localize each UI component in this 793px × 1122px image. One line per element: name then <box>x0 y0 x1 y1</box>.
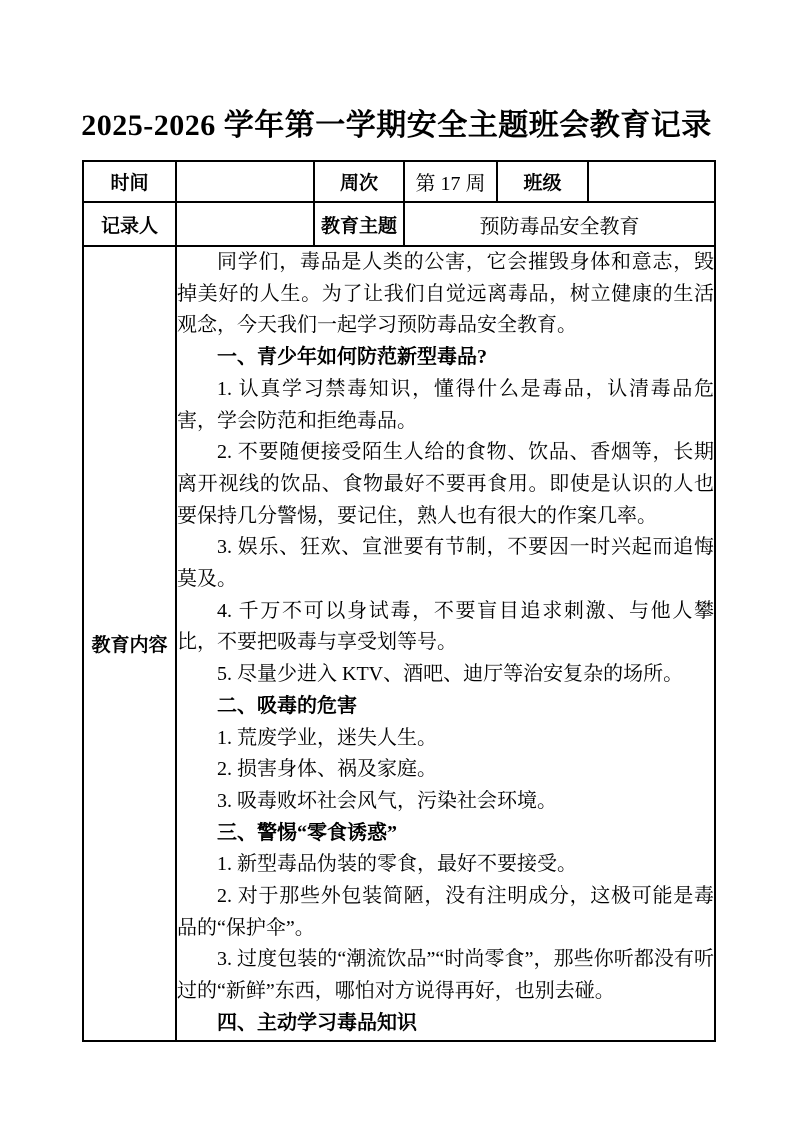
theme-value: 预防毒品安全教育 <box>404 202 715 246</box>
content-paragraph: 2. 损害身体、祸及家庭。 <box>177 754 714 786</box>
content-paragraph: 同学们，毒品是人类的公害，它会摧毁身体和意志，毁掉美好的人生。为了让我们自觉远离… <box>177 247 714 342</box>
content-cell: 同学们，毒品是人类的公害，它会摧毁身体和意志，毁掉美好的人生。为了让我们自觉远离… <box>176 246 715 1041</box>
table-row: 记录人 教育主题 预防毒品安全教育 <box>83 202 715 246</box>
content-paragraph: 2. 对于那些外包装简陋，没有注明成分，这极可能是毒品的“保护伞”。 <box>177 881 714 944</box>
document-title: 2025-2026 学年第一学期安全主题班会教育记录 <box>0 100 793 144</box>
recorder-value-field[interactable] <box>176 202 314 246</box>
content-paragraph: 4. 千万不可以身试毒，不要盲目追求刺激、与他人攀比，不要把吸毒与享受划等号。 <box>177 596 714 659</box>
time-label: 时间 <box>83 161 176 202</box>
content-paragraph: 5. 尽量少进入 KTV、酒吧、迪厅等治安复杂的场所。 <box>177 659 714 691</box>
class-value-field[interactable] <box>588 161 715 202</box>
table-row: 教育内容 同学们，毒品是人类的公害，它会摧毁身体和意志，毁掉美好的人生。为了让我… <box>83 246 715 1041</box>
content-label: 教育内容 <box>83 246 176 1041</box>
theme-label: 教育主题 <box>314 202 404 246</box>
content-paragraph: 3. 过度包装的“潮流饮品”“时尚零食”，那些你听都没有听过的“新鲜”东西，哪怕… <box>177 944 714 1007</box>
content-section-heading: 四、主动学习毒品知识 <box>177 1008 714 1040</box>
content-paragraph: 1. 新型毒品伪装的零食，最好不要接受。 <box>177 849 714 881</box>
content-paragraph: 3. 娱乐、狂欢、宣泄要有节制，不要因一时兴起而追悔莫及。 <box>177 532 714 595</box>
content-paragraph: 1. 荒废学业，迷失人生。 <box>177 723 714 755</box>
document-page: 2025-2026 学年第一学期安全主题班会教育记录 时间 周次 第 17 周 … <box>0 0 793 1122</box>
time-value-field[interactable] <box>176 161 314 202</box>
week-label: 周次 <box>314 161 404 202</box>
content-section-heading: 三、警惕“零食诱惑” <box>177 818 714 850</box>
content-section-heading: 一、青少年如何防范新型毒品? <box>177 342 714 374</box>
content-paragraph: 2. 不要随便接受陌生人给的食物、饮品、香烟等，长期离开视线的饮品、食物最好不要… <box>177 437 714 532</box>
class-label: 班级 <box>497 161 588 202</box>
table-row: 时间 周次 第 17 周 班级 <box>83 161 715 202</box>
week-value: 第 17 周 <box>404 161 497 202</box>
content-paragraph: 3. 吸毒败坏社会风气，污染社会环境。 <box>177 786 714 818</box>
content-section-heading: 二、吸毒的危害 <box>177 691 714 723</box>
content-paragraph: 1. 认真学习禁毒知识，懂得什么是毒品，认清毒品危害，学会防范和拒绝毒品。 <box>177 374 714 437</box>
recorder-label: 记录人 <box>83 202 176 246</box>
record-table: 时间 周次 第 17 周 班级 记录人 教育主题 预防毒品安全教育 教育内容 同… <box>82 160 716 1042</box>
